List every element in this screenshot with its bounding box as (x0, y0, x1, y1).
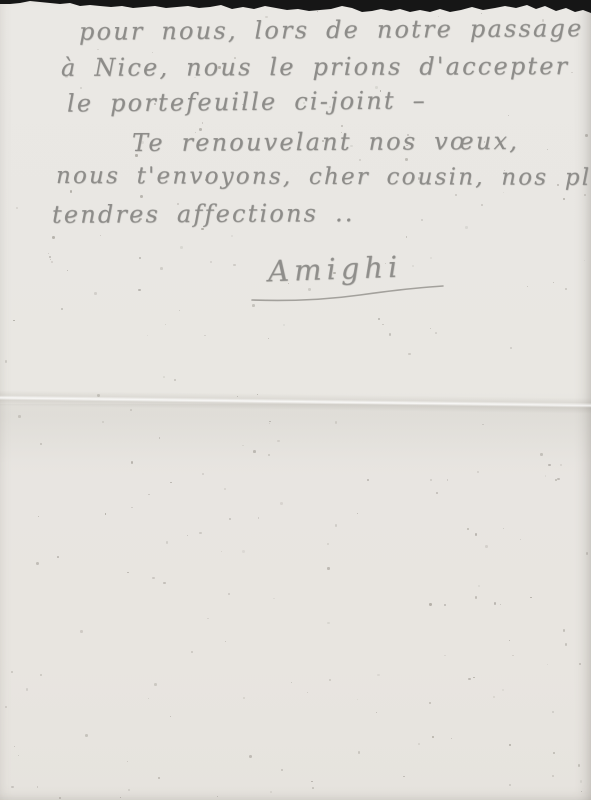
handwritten-line: nous t'envoyons, cher cousin, nos plus (56, 164, 591, 191)
handwritten-line: tendres affections .. (52, 200, 355, 228)
handwritten-line: le portefeuille ci-joint – (67, 87, 427, 117)
fold-crease (0, 390, 591, 414)
signature: Amighi (267, 250, 402, 289)
torn-paper-top-edge (0, 0, 591, 18)
handwritten-line: à Nice, nous le prions d'accepter (61, 53, 569, 81)
handwritten-line: Te renouvelant nos vœux, (132, 128, 519, 156)
letter-page: pour nous, lors de notre passage à Nice,… (0, 0, 591, 800)
handwritten-line: pour nous, lors de notre passage (79, 15, 584, 45)
crease-shadow (0, 404, 591, 464)
